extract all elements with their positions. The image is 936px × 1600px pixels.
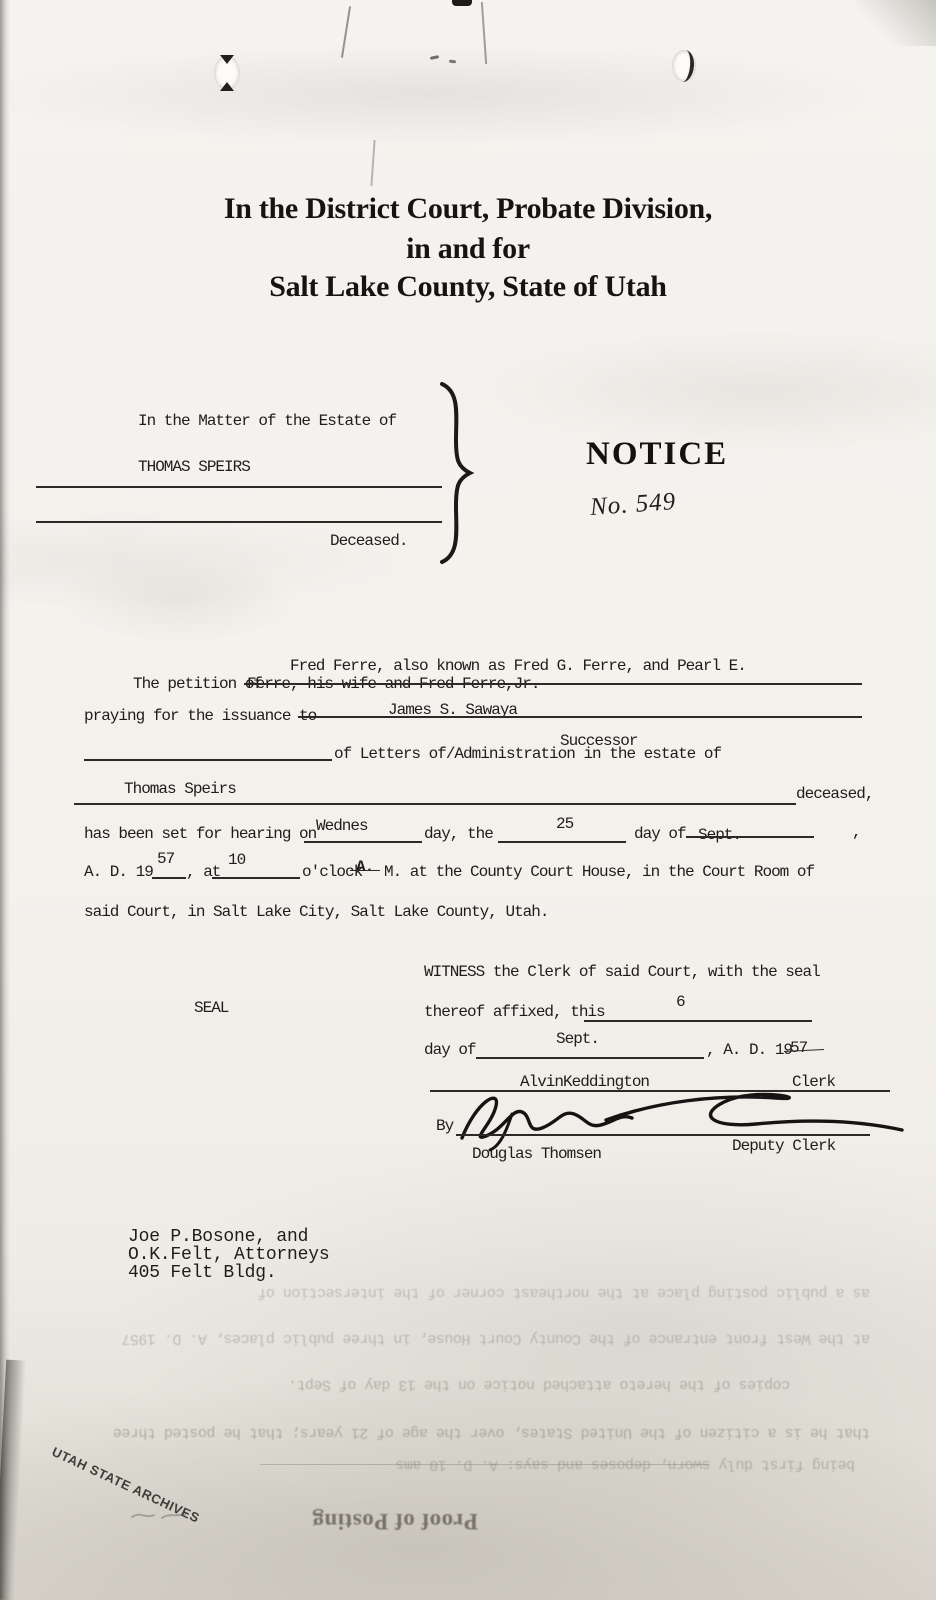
petition-label: The petition of (133, 676, 262, 692)
letters-label: of Letters of/Administration in the esta… (334, 746, 721, 762)
court-header-line3: Salt Lake County, State of Utah (0, 272, 936, 302)
hearing-month: Sept. (698, 827, 741, 843)
estate-name: Thomas Speirs (124, 781, 236, 797)
oclock-label: o'clock (302, 864, 362, 880)
bleedthrough-line-3: copies of the hereto attached notice on … (150, 1376, 790, 1393)
day-name-rule (304, 841, 422, 843)
month-rule (686, 836, 814, 838)
witness-year: 57 (790, 1040, 807, 1056)
punch-hole-left (214, 56, 240, 90)
witness-month: Sept. (556, 1031, 599, 1047)
proof-of-posting-bleedthrough: Proof of Posting (312, 1508, 478, 1534)
court-header-line1: In the District Court, Probate Division, (0, 194, 936, 224)
top-center-notch (452, 0, 472, 6)
deputy-clerk-label: Deputy Clerk (732, 1138, 835, 1154)
hour-rule (212, 877, 300, 879)
praying-label: praying for the issuance to (84, 708, 316, 724)
location-line: said Court, in Salt Lake City, Salt Lake… (84, 904, 548, 920)
trailing-comma: , (852, 824, 861, 840)
day-the-label: day, the (424, 826, 493, 842)
decedent-name: THOMAS SPEIRS (138, 459, 250, 475)
caption-rule-2 (36, 521, 442, 523)
crease-mark-3 (370, 140, 375, 186)
ad19-label: A. D. 19 (84, 864, 153, 880)
by-label: By (436, 1118, 453, 1134)
crease-mark-1 (341, 6, 351, 58)
hearing-day-num: 25 (556, 816, 573, 832)
year-rule (152, 877, 186, 879)
top-right-corner-shade (856, 0, 936, 46)
deputy-clerk-signature (456, 1080, 908, 1152)
administrator-fill-rule (298, 716, 862, 718)
estate-fill-rule (74, 803, 796, 805)
court-header-line2: in and for (0, 234, 936, 264)
matter-label: In the Matter of the Estate of (138, 413, 396, 429)
deceased-word: deceased, (796, 786, 873, 802)
deceased-label: Deceased. (330, 533, 407, 549)
witness-day-of-label: day of (424, 1042, 476, 1058)
m-rest-label: M. at the County Court House, in the Cou… (384, 864, 814, 880)
witness-ad19-label: , A. D. 19 (706, 1042, 792, 1058)
case-number-handwritten: No. 549 (589, 489, 677, 520)
bleedthrough-line-1: as a public posting place at the northea… (80, 1284, 870, 1301)
attorney-line2: O.K.Felt, Attorneys (128, 1246, 329, 1264)
day-num-rule (498, 841, 626, 843)
bleedthrough-line-2: at the West front entrance of the County… (70, 1330, 870, 1347)
deputy-name-typed: Douglas Thomsen (472, 1146, 601, 1162)
affixed-day: 6 (676, 994, 685, 1010)
affixed-label: thereof affixed, this (424, 1004, 605, 1020)
petition-fill-rule (244, 683, 862, 685)
bottom-left-torn-edge (0, 1360, 26, 1600)
attorney-line1: Joe P.Bosone, and (128, 1228, 308, 1246)
letters-left-rule (84, 759, 332, 761)
crease-mark-2 (481, 2, 487, 64)
seal-label: SEAL (194, 1000, 228, 1016)
hearing-day-name: Wednes (316, 818, 368, 834)
scanned-probate-notice-page: In the District Court, Probate Division,… (0, 0, 936, 1600)
meridiem-rule (350, 870, 380, 871)
hearing-label: has been set for hearing on (84, 826, 316, 842)
caption-rule-1 (36, 486, 442, 488)
petitioners-line1: Fred Ferre, also known as Fred G. Ferre,… (290, 658, 746, 674)
punch-hole-right (672, 50, 696, 82)
attorney-line3: 405 Felt Bldg. (128, 1264, 276, 1282)
bleedthrough-line-4: that he is a citizen of the United State… (70, 1424, 870, 1441)
hearing-year: 57 (157, 851, 174, 867)
caption-brace (438, 382, 480, 564)
crease-speck-1 (430, 55, 439, 60)
hearing-hour: 10 (228, 852, 245, 868)
witness-month-rule (476, 1057, 704, 1059)
notice-title: NOTICE (586, 438, 728, 471)
meridiem: A. (356, 859, 373, 875)
day-of-label: day of (634, 826, 686, 842)
bleedthrough-rule (260, 1464, 710, 1465)
crease-speck-2 (449, 60, 456, 64)
affixed-day-rule (584, 1020, 812, 1022)
witness-line1: WITNESS the Clerk of said Court, with th… (424, 964, 820, 980)
deputy-rule (456, 1134, 870, 1136)
